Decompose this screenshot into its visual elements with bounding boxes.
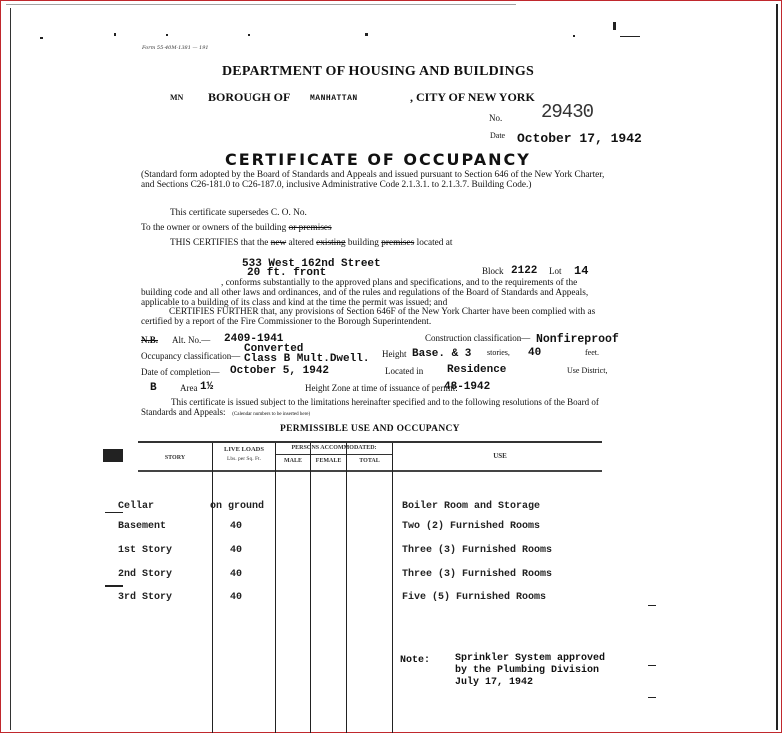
speck <box>114 33 116 36</box>
table-top-rule <box>138 441 602 443</box>
located-label: Located in <box>385 366 423 376</box>
margin-tick-4 <box>648 665 656 666</box>
col-divider-female <box>346 443 347 733</box>
subject-body: This certificate is issued subject to th… <box>141 397 599 417</box>
date-label: Date <box>490 131 505 140</box>
number-label: No. <box>489 113 502 123</box>
city-label: , CITY OF NEW YORK <box>410 90 535 105</box>
height-zone-label: Height Zone at time of issuance of permi… <box>305 383 458 393</box>
row-4-use: Five (5) Furnished Rooms <box>402 592 546 603</box>
struck-premises: premises <box>381 238 414 248</box>
height-stories-value: Base. & 3 <box>412 348 471 360</box>
speck <box>365 33 368 36</box>
row-1-story: Basement <box>118 521 166 532</box>
area-value: 1½ <box>200 381 213 393</box>
row-2-live-load: 40 <box>230 545 242 556</box>
row-0-live-load: on ground <box>210 501 264 512</box>
lot-value: 14 <box>574 264 588 278</box>
speck <box>620 36 640 37</box>
row-3-live-load: 40 <box>230 569 242 580</box>
certifies-building: building <box>346 238 382 248</box>
block-value: 2122 <box>511 265 537 277</box>
row-1-use: Two (2) Furnished Rooms <box>402 521 540 532</box>
col-divider-loads <box>275 443 276 733</box>
margin-tick-1 <box>105 512 123 513</box>
table-section-title: PERMISSIBLE USE AND OCCUPANCY <box>280 424 460 434</box>
borough-label: BOROUGH OF <box>208 90 290 105</box>
margin-tick-2 <box>105 585 123 587</box>
certifies-further-text: CERTIFIES FURTHER that, any provisions o… <box>141 307 609 327</box>
occupancy-value-2: Class B Mult.Dwell. <box>244 353 369 365</box>
subject-text: This certificate is issued subject to th… <box>141 397 611 420</box>
certifies-lead: THIS CERTIFIES that the <box>170 238 271 248</box>
header-use: USE <box>400 452 600 460</box>
certifies-line: THIS CERTIFIES that the new altered exis… <box>170 238 452 248</box>
construction-value: Nonfireproof <box>536 333 619 346</box>
form-number: Form 55-40M-1381 — 191 <box>142 45 209 51</box>
borough-prefix: MN <box>170 93 183 102</box>
margin-tick-5 <box>648 697 656 698</box>
certifies-altered: altered <box>286 238 316 248</box>
certifies-tail: located at <box>414 238 452 248</box>
margin-tick-3 <box>648 605 656 606</box>
construction-label: Construction classification— <box>425 333 530 343</box>
header-female: FEMALE <box>311 458 346 464</box>
persons-rule <box>275 454 392 455</box>
height-label: Height <box>382 349 407 359</box>
feet-label: feet. <box>585 348 599 357</box>
conforms-text: , conforms substantially to the approved… <box>141 278 609 308</box>
row-0-story: Cellar <box>118 501 154 512</box>
speck <box>166 34 168 36</box>
height-feet-value: 40 <box>528 347 541 359</box>
row-1-live-load: 40 <box>230 521 242 532</box>
struck-existing: existing <box>316 238 345 248</box>
header-live-loads: LIVE LOADS <box>214 446 274 453</box>
scan-edge-left <box>10 8 11 730</box>
stories-label: stories, <box>487 348 510 357</box>
header-persons: PERSONS ACCOMMODATED: <box>277 445 391 451</box>
lot-label: Lot <box>549 266 562 276</box>
scan-edge-top <box>6 4 516 5</box>
row-0-use: Boiler Room and Storage <box>402 501 540 512</box>
block-label: Block <box>482 266 504 276</box>
header-story: STORY <box>140 455 210 461</box>
note-label: Note: <box>400 655 430 666</box>
row-3-story: 2nd Story <box>118 569 172 580</box>
completion-value: October 5, 1942 <box>230 365 329 377</box>
header-live-loads-unit: Lbs. per Sq. Ft. <box>214 456 274 462</box>
calendar-note: (Calendar numbers to be inserted here) <box>232 412 310 417</box>
col-divider-male <box>310 443 311 733</box>
speck <box>40 37 43 39</box>
department-heading: DEPARTMENT OF HOUSING AND BUILDINGS <box>222 64 534 80</box>
alt-no-label: Alt. No.— <box>172 335 210 345</box>
note-text: Sprinkler System approved by the Plumbin… <box>455 653 605 689</box>
owner-line: To the owner or owners of the building o… <box>141 223 332 233</box>
alt-no-struck-prefix: N.B. <box>141 335 158 345</box>
area-label: Area <box>180 383 198 393</box>
row-4-live-load: 40 <box>230 592 242 603</box>
speck <box>248 34 250 36</box>
area-prefix: B <box>150 382 157 394</box>
margin-blot <box>103 449 123 462</box>
use-district-label: Use District, <box>567 366 607 375</box>
header-total: TOTAL <box>347 458 392 464</box>
header-male: MALE <box>276 458 310 464</box>
standard-form-text: (Standard form adopted by the Board of S… <box>141 170 606 190</box>
occupancy-label: Occupancy classification— <box>141 351 240 361</box>
borough-value: MANHATTAN <box>310 94 358 103</box>
scan-edge-right <box>776 4 778 730</box>
row-2-use: Three (3) Furnished Rooms <box>402 545 552 556</box>
certificate-number: 29430 <box>541 101 593 123</box>
col-divider-total <box>392 443 393 733</box>
struck-new: new <box>271 238 287 248</box>
district-value: Residence <box>447 364 506 376</box>
certificate-title: CERTIFICATE OF OCCUPANCY <box>225 150 531 169</box>
speck <box>573 35 575 37</box>
owner-text: To the owner or owners of the building <box>141 223 289 233</box>
row-2-story: 1st Story <box>118 545 172 556</box>
supersedes-text: This certificate supersedes C. O. No. <box>170 208 307 218</box>
col-divider-story <box>212 443 213 733</box>
table-header-rule <box>138 470 602 472</box>
row-3-use: Three (3) Furnished Rooms <box>402 569 552 580</box>
permit-value: 48-1942 <box>444 381 490 393</box>
owner-struck-text: or premises <box>289 223 332 233</box>
row-4-story: 3rd Story <box>118 592 172 603</box>
date-value: October 17, 1942 <box>517 131 642 146</box>
completion-label: Date of completion— <box>141 367 219 377</box>
margin-mark-top <box>613 22 616 30</box>
